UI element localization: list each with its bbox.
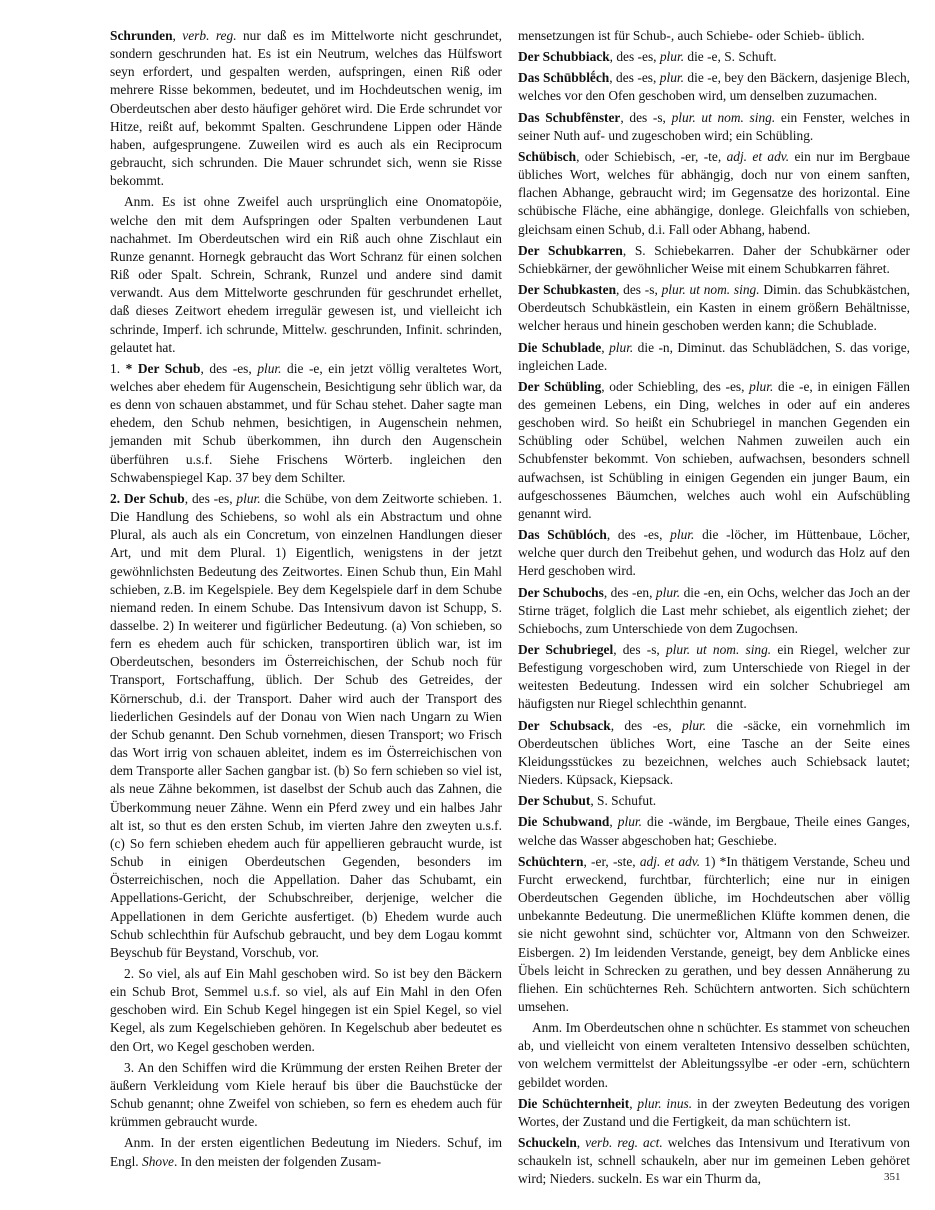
dictionary-entry: Die Schüchternheit, plur. inus. in der z… bbox=[518, 1095, 910, 1131]
entry-text: , oder Schiebisch, -er, -te, bbox=[576, 149, 727, 164]
dictionary-entry: Der Schubbiack, des -es, plur. die -e, S… bbox=[518, 48, 910, 66]
entry-text: die Schübe, von dem Zeitworte schieben. … bbox=[110, 491, 502, 960]
dictionary-entry: Der Schubriegel, des -s, plur. ut nom. s… bbox=[518, 641, 910, 714]
headword: Die Schublade bbox=[518, 340, 601, 355]
right-column: mensetzungen ist für Schub-, auch Schieb… bbox=[518, 27, 910, 1192]
grammar-label: plur. bbox=[257, 361, 281, 376]
grammar-label: plur. ut nom. sing. bbox=[672, 110, 776, 125]
grammar-label: plur. bbox=[682, 718, 706, 733]
grammar-label: plur. ut nom. sing. bbox=[662, 282, 760, 297]
dictionary-entry: Anm. Es ist ohne Zweifel auch ursprüngli… bbox=[110, 193, 502, 356]
entry-text: nur daß es im Mittelworte nicht geschrun… bbox=[110, 28, 502, 188]
grammar-label: plur. bbox=[609, 340, 633, 355]
entry-text: mensetzungen ist für Schub-, auch Schieb… bbox=[518, 28, 865, 43]
dictionary-entry: Der Schübling, oder Schiebling, des -es,… bbox=[518, 378, 910, 523]
headword: Schrunden bbox=[110, 28, 173, 43]
entry-text: , bbox=[601, 340, 609, 355]
entry-text: , des -es, bbox=[610, 49, 660, 64]
headword: Schuckeln bbox=[518, 1135, 577, 1150]
grammar-label: plur. bbox=[660, 49, 684, 64]
headword: Der Schubbiack bbox=[518, 49, 610, 64]
grammar-label: plur. bbox=[660, 70, 684, 85]
headword: Der Schubsack bbox=[518, 718, 611, 733]
dictionary-entry: Das Schubfênster, des -s, plur. ut nom. … bbox=[518, 109, 910, 145]
entry-text: , des -es, bbox=[185, 491, 237, 506]
entry-text: , des -es, bbox=[200, 361, 257, 376]
headword: 2. Der Schub bbox=[110, 491, 185, 506]
dictionary-entry: Die Schubwand, plur. die -wände, im Berg… bbox=[518, 813, 910, 849]
entry-text: , bbox=[173, 28, 183, 43]
grammar-label: plur. bbox=[749, 379, 773, 394]
headword: Der Schubriegel bbox=[518, 642, 613, 657]
grammar-label: verb. reg. act. bbox=[585, 1135, 663, 1150]
dictionary-entry: 1. * Der Schub, des -es, plur. die -e, e… bbox=[110, 360, 502, 487]
headword: * Der Schub bbox=[126, 361, 201, 376]
entry-text: die -e, ein jetzt völlig veraltetes Wort… bbox=[110, 361, 502, 485]
entry-text: , des -es, bbox=[609, 70, 660, 85]
dictionary-entry: 3. An den Schiffen wird die Krümmung der… bbox=[110, 1059, 502, 1132]
grammar-label: adj. et adv. bbox=[727, 149, 790, 164]
grammar-label: adj. et adv. bbox=[640, 854, 700, 869]
dictionary-entry: Schübisch, oder Schiebisch, -er, -te, ad… bbox=[518, 148, 910, 239]
entry-text: , des -s, bbox=[613, 642, 666, 657]
dictionary-entry: mensetzungen ist für Schub-, auch Schieb… bbox=[518, 27, 910, 45]
grammar-label: plur. bbox=[656, 585, 680, 600]
headword: Der Schubkasten bbox=[518, 282, 616, 297]
entry-text: , des -es, bbox=[611, 718, 682, 733]
left-column: Schrunden, verb. reg. nur daß es im Mitt… bbox=[110, 27, 502, 1174]
headword: Das Schūbblḗch bbox=[518, 70, 609, 85]
dictionary-entry: Der Schubkarren, S. Schiebekarren. Daher… bbox=[518, 242, 910, 278]
page-number: 351 bbox=[884, 1171, 901, 1183]
grammar-label: plur. ut nom. sing. bbox=[666, 642, 771, 657]
dictionary-entry: Schuckeln, verb. reg. act. welches das I… bbox=[518, 1134, 910, 1188]
entry-text: die -e, S. Schuft. bbox=[684, 49, 777, 64]
grammar-label: plur. bbox=[618, 814, 642, 829]
grammar-label: Shove bbox=[142, 1154, 174, 1169]
entry-text: 3. An den Schiffen wird die Krümmung der… bbox=[110, 1060, 502, 1129]
entry-text: , des -es, bbox=[607, 527, 670, 542]
dictionary-entry: Schüchtern, -er, -ste, adj. et adv. 1) *… bbox=[518, 853, 910, 1016]
dictionary-entry: Schrunden, verb. reg. nur daß es im Mitt… bbox=[110, 27, 502, 190]
dictionary-entry: Anm. In der ersten eigentlichen Bedeutun… bbox=[110, 1134, 502, 1170]
dictionary-entry: Anm. Im Oberdeutschen ohne n schüchter. … bbox=[518, 1019, 910, 1092]
entry-text: , -er, -ste, bbox=[583, 854, 639, 869]
dictionary-entry: 2. So viel, als auf Ein Mahl geschoben w… bbox=[110, 965, 502, 1056]
entry-text: , des -s, bbox=[620, 110, 671, 125]
dictionary-entry: Der Schubochs, des -en, plur. die -en, e… bbox=[518, 584, 910, 638]
dictionary-entry: Die Schublade, plur. die -n, Diminut. da… bbox=[518, 339, 910, 375]
grammar-label: verb. reg. bbox=[182, 28, 236, 43]
entry-text: 2. So viel, als auf Ein Mahl geschoben w… bbox=[110, 966, 502, 1054]
entry-text: , des -s, bbox=[616, 282, 662, 297]
dictionary-entry: Der Schubsack, des -es, plur. die -säcke… bbox=[518, 717, 910, 790]
headword: Die Schubwand bbox=[518, 814, 609, 829]
entry-text: Anm. Im Oberdeutschen ohne n schüchter. … bbox=[518, 1020, 910, 1089]
headword: Der Schubochs bbox=[518, 585, 604, 600]
dictionary-entry: Das Schūblóch, des -es, plur. die -löche… bbox=[518, 526, 910, 580]
headword: Der Schübling bbox=[518, 379, 601, 394]
entry-text: Anm. Es ist ohne Zweifel auch ursprüngli… bbox=[110, 194, 502, 354]
entry-text: , des -en, bbox=[604, 585, 656, 600]
dictionary-entry: Das Schūbblḗch, des -es, plur. die -e, b… bbox=[518, 69, 910, 105]
headword: Das Schūblóch bbox=[518, 527, 607, 542]
headword: Das Schubfênster bbox=[518, 110, 620, 125]
dictionary-entry: Der Schubkasten, des -s, plur. ut nom. s… bbox=[518, 281, 910, 335]
entry-text: , S. Schufut. bbox=[590, 793, 656, 808]
entry-text: 1. bbox=[110, 361, 126, 376]
headword: Die Schüchternheit bbox=[518, 1096, 629, 1111]
grammar-label: plur. inus. bbox=[637, 1096, 692, 1111]
dictionary-entry: 2. Der Schub, des -es, plur. die Schübe,… bbox=[110, 490, 502, 962]
entry-text: . In den meisten der folgenden Zusam- bbox=[174, 1154, 381, 1169]
entry-text: die -e, in einigen Fällen des gemeinen L… bbox=[518, 379, 910, 521]
entry-text: , oder Schiebling, des -es, bbox=[601, 379, 749, 394]
entry-text: 1) *In thätigem Verstande, Scheu und Fur… bbox=[518, 854, 910, 1014]
headword: Der Schubkarren bbox=[518, 243, 623, 258]
grammar-label: plur. bbox=[670, 527, 694, 542]
headword: Der Schubut bbox=[518, 793, 590, 808]
headword: Schübisch bbox=[518, 149, 576, 164]
entry-text: , bbox=[609, 814, 617, 829]
entry-text: , bbox=[577, 1135, 585, 1150]
headword: Schüchtern bbox=[518, 854, 583, 869]
dictionary-entry: Der Schubut, S. Schufut. bbox=[518, 792, 910, 810]
grammar-label: plur. bbox=[236, 491, 260, 506]
